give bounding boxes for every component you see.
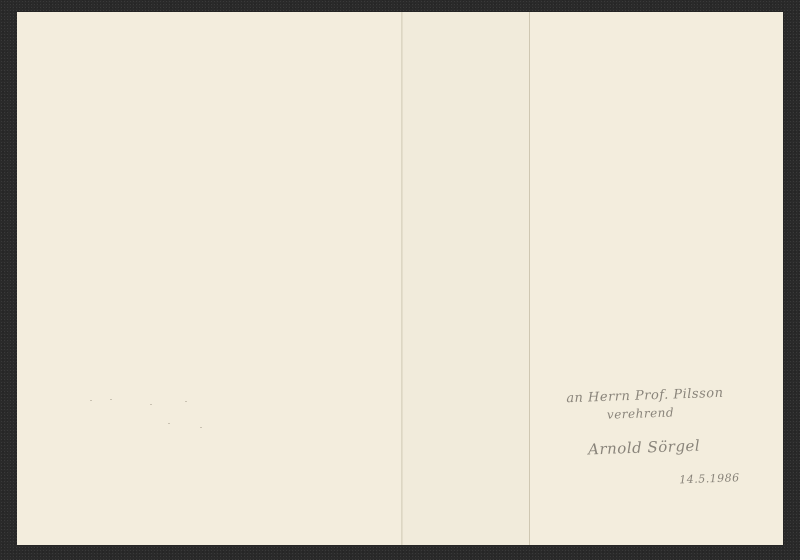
fold-line-left <box>401 12 403 545</box>
date: 14.5.1986 <box>679 471 740 486</box>
left-panel <box>17 12 402 545</box>
dedication-line-2: verehrend <box>607 405 675 421</box>
faint-marks <box>80 395 230 435</box>
fold-line-right <box>529 12 530 545</box>
paper-sheet <box>17 12 783 545</box>
right-panel <box>530 12 783 545</box>
middle-panel <box>402 12 530 545</box>
